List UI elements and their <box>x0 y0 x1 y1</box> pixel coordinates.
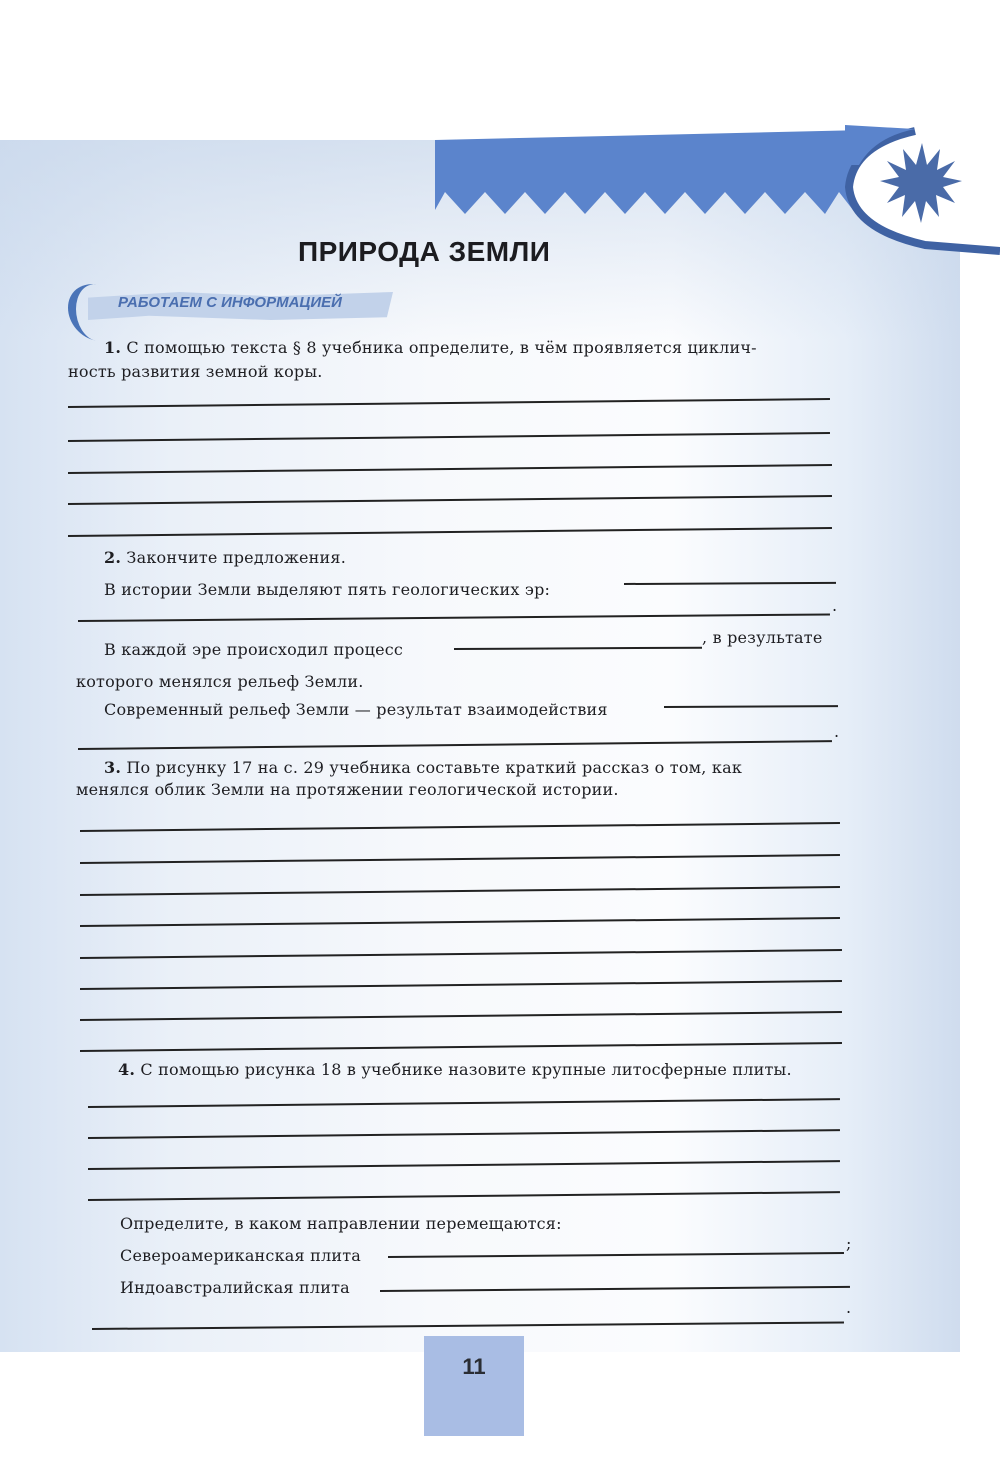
task-2-heading-text: Закончите предложения. <box>126 548 346 567</box>
section-label: РАБОТАЕМ С ИНФОРМАЦИЕЙ <box>118 294 342 311</box>
task-3-text-cont: менялся облик Земли на протяжении геолог… <box>76 780 619 799</box>
task-2-sentence-3: Современный рельеф Земли — результат вза… <box>104 700 608 719</box>
task-number: 2. <box>104 548 121 567</box>
semicolon-mark: ; <box>846 1234 852 1253</box>
task-2-sentence-2-mid: , в результате <box>702 628 823 647</box>
task-2-heading: 2. Закончите предложения. <box>104 548 346 567</box>
task-1-text: 1. С помощью текста § 8 учебника определ… <box>104 338 757 357</box>
page-number-box: 11 <box>424 1336 524 1436</box>
task-3-text: 3. По рисунку 17 на с. 29 учебника соста… <box>104 758 742 777</box>
task-2-sentence-2-end: которого менялся рельеф Земли. <box>76 672 364 691</box>
zigzag-banner <box>435 130 865 230</box>
period-mark: . <box>832 596 837 615</box>
task-2-sentence-2: В каждой эре происходил процесс <box>104 640 403 659</box>
task-3-line1: По рисунку 17 на с. 29 учебника составьт… <box>126 758 742 777</box>
task-4-text: 4. С помощью рисунка 18 в учебнике назов… <box>118 1060 792 1079</box>
plate-1-label: Североамериканская плита <box>120 1246 361 1265</box>
task-4-subheading: Определите, в каком направлении перемеща… <box>120 1214 562 1233</box>
task-4-line1: С помощью рисунка 18 в учебнике назовите… <box>140 1060 791 1079</box>
task-number: 4. <box>118 1060 135 1079</box>
task-number: 3. <box>104 758 121 777</box>
section-badge: РАБОТАЕМ С ИНФОРМАЦИЕЙ <box>68 282 398 342</box>
task-number: 1. <box>104 338 121 357</box>
section-arc <box>68 280 116 344</box>
page-title: ПРИРОДА ЗЕМЛИ <box>298 236 550 268</box>
plate-2-label: Индоавстралийская плита <box>120 1278 350 1297</box>
task-1-line1: С помощью текста § 8 учебника определите… <box>126 338 756 357</box>
task-2-sentence-1: В истории Земли выделяют пять геологичес… <box>104 580 550 599</box>
task-1-text-cont: ность развития земной коры. <box>68 362 323 381</box>
period-mark: . <box>834 722 839 741</box>
period-mark: . <box>846 1298 851 1317</box>
page-number: 11 <box>424 1354 524 1380</box>
star-emblem-icon <box>845 125 1000 255</box>
